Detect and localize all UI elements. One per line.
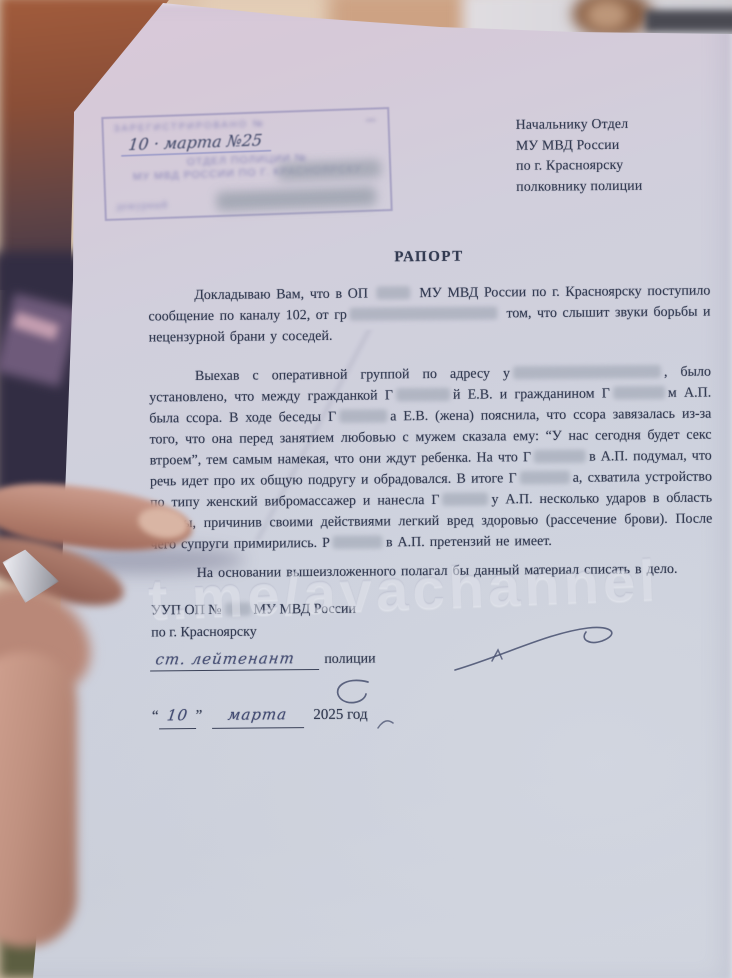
letterhead-line: полковнику полиции (516, 175, 706, 197)
stamp-duty-line: дежурный (116, 200, 168, 213)
stamp-dash: — (366, 114, 378, 125)
redaction-blur (350, 306, 498, 320)
stamp-redaction-blur (277, 159, 382, 181)
day-handwritten: 10 (165, 705, 189, 726)
blurred-person-face (586, 0, 628, 30)
rank-printed: полиции (324, 651, 375, 666)
letterhead-line: МУ МВД России (516, 134, 706, 156)
redaction-blur (339, 409, 387, 422)
year-printed: 2025 год (313, 707, 367, 723)
letterhead-addressee: Начальнику Отдел МУ МВД России по г. Кра… (516, 113, 707, 197)
footer-city-line: по г. Красноярску (151, 618, 713, 645)
document-footer: УУП ОП №МУ МВД России по г. Красноярску … (151, 596, 714, 730)
document: РАПОРТ Докладываю Вам, что в ОП МУ МВД Р… (148, 245, 714, 730)
stamp-redaction-blur (216, 187, 377, 212)
letterhead-line: по г. Красноярску (516, 154, 706, 176)
paragraph: Выехав с оперативной группой по адресу у… (149, 362, 713, 556)
photo-of-police-report: ЗАРЕГИСТРИРОВАНО № — 10 · марта №25 ОТДЕ… (0, 0, 732, 978)
redaction-blur (513, 365, 661, 379)
redaction-blur (377, 286, 411, 299)
redaction-blur (225, 603, 251, 616)
redaction-blur (613, 386, 665, 399)
month-handwritten: марта (227, 704, 289, 726)
rank-handwritten: ст. лейтенант (150, 648, 322, 672)
letterhead-line: Начальнику Отдел (516, 113, 706, 135)
redaction-blur (534, 450, 586, 463)
registration-stamp: ЗАРЕГИСТРИРОВАНО № — 10 · марта №25 ОТДЕ… (101, 107, 392, 221)
redaction-blur (396, 388, 450, 401)
document-title: РАПОРТ (148, 245, 710, 271)
paragraph: Докладываю Вам, что в ОП МУ МВД России п… (148, 281, 711, 349)
laptop-screen-edge (645, 10, 732, 32)
document-body: Докладываю Вам, что в ОП МУ МВД России п… (148, 281, 713, 585)
palm (0, 652, 77, 947)
redaction-blur (333, 535, 383, 548)
signature-row: ст. лейтенант полиции (151, 645, 713, 672)
redaction-blur (442, 492, 488, 505)
redaction-blur (520, 471, 570, 484)
date-row: “10”марта 2025 год (152, 701, 714, 730)
quote-close: ” (196, 708, 203, 724)
